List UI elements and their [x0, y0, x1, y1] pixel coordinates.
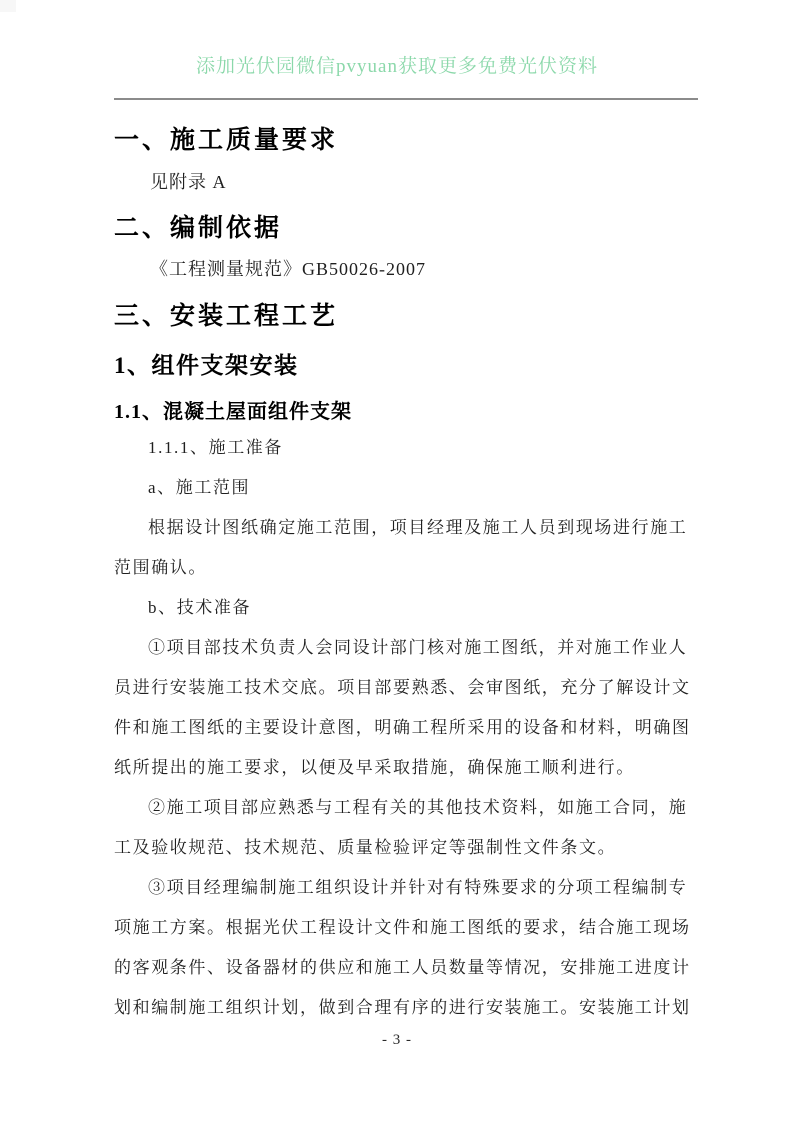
page-number: - 3 -	[0, 1032, 794, 1049]
subheading-construction-scope: a、施工范围	[114, 468, 698, 508]
document-page: 添加光伏园微信pvyuan获取更多免费光伏资料 一、施工质量要求 见附录 A 二…	[0, 0, 794, 1123]
scan-corner-artifact	[0, 0, 16, 12]
heading-concrete-roof-bracket: 1.1、混凝土屋面组件支架	[114, 400, 698, 424]
promo-header: 添加光伏园微信pvyuan获取更多免费光伏资料	[0, 0, 794, 80]
paragraph-tech-item-1: ①项目部技术负责人会同设计部门核对施工图纸，并对施工作业人 员进行安装施工技术交…	[114, 628, 698, 788]
heading-installation-process: 三、安装工程工艺	[114, 303, 698, 331]
heading-bracket-installation: 1、组件支架安装	[114, 352, 698, 379]
paragraph-scope-confirmation: 根据设计图纸确定施工范围，项目经理及施工人员到现场进行施工 范围确认。	[114, 508, 698, 588]
text-standard-reference: 《工程测量规范》GB50026-2007	[114, 249, 698, 289]
paragraph-tech-item-3: ③项目经理编制施工组织设计并针对有特殊要求的分项工程编制专 项施工方案。根据光伏…	[114, 868, 698, 1028]
subheading-technical-preparation: b、技术准备	[114, 588, 698, 628]
heading-quality-requirements: 一、施工质量要求	[114, 127, 698, 155]
subheading-construction-preparation: 1.1.1、施工准备	[114, 428, 698, 468]
text-see-appendix: 见附录 A	[114, 162, 698, 202]
heading-compilation-basis: 二、编制依据	[114, 215, 698, 243]
header-divider	[114, 98, 698, 100]
page-content: 一、施工质量要求 见附录 A 二、编制依据 《工程测量规范》GB50026-20…	[0, 98, 794, 1028]
body-text: 1.1.1、施工准备 a、施工范围 根据设计图纸确定施工范围，项目经理及施工人员…	[114, 428, 698, 1028]
paragraph-tech-item-2: ②施工项目部应熟悉与工程有关的其他技术资料，如施工合同，施 工及验收规范、技术规…	[114, 788, 698, 868]
